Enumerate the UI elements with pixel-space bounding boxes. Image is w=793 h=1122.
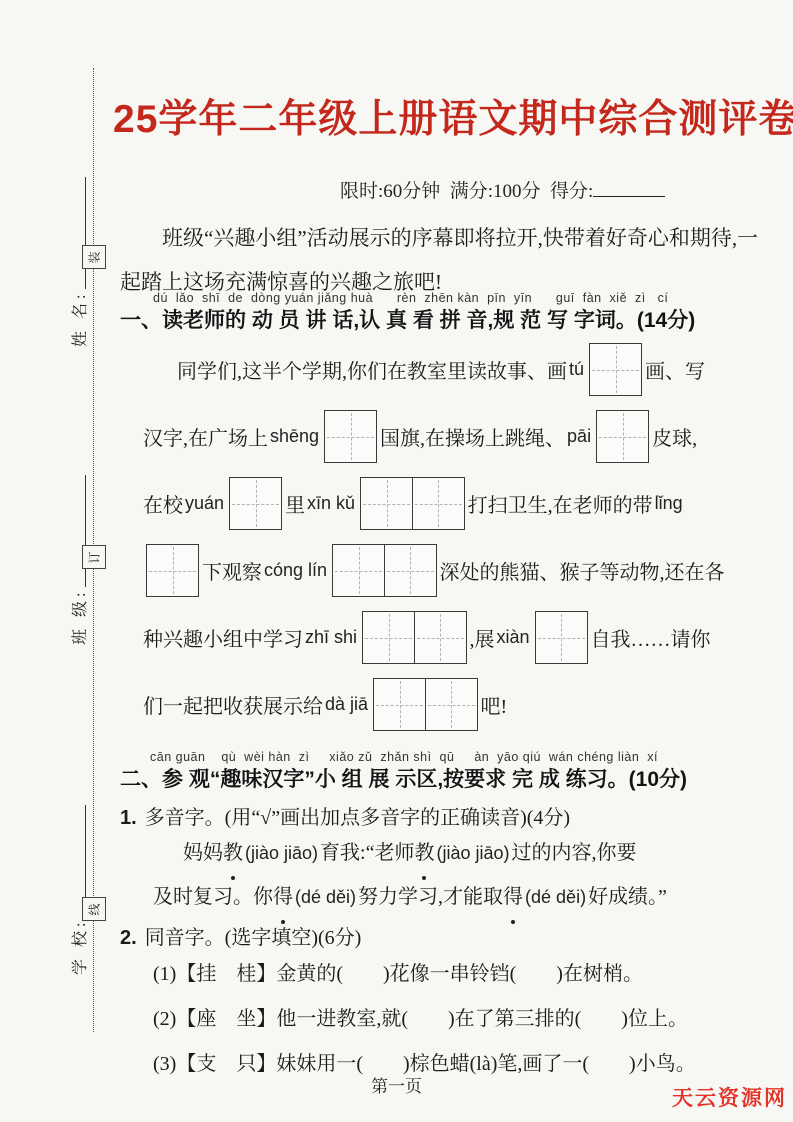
binding-mark-label: 订 (85, 551, 102, 563)
binding-mark-ding: 订 (82, 545, 106, 569)
fill-in-line-3: 在校yuán里xīn kǔ打扫卫生,在老师的带lǐng (143, 470, 775, 537)
emphasized-char: 教 (414, 831, 434, 875)
writing-grid-cell[interactable] (324, 410, 377, 463)
pinyin-text: lǐng (655, 493, 683, 514)
body-text: ,展 (470, 623, 495, 652)
writing-grid-cell[interactable] (229, 477, 282, 530)
writing-grid-pair (373, 678, 478, 731)
sound-alike-item-2: (2)【座 坐】他一进教室,就( )在了第三排的( )位上。 (153, 1002, 688, 1031)
name-field-label: 姓 名: (67, 291, 90, 347)
section2-title: 二、参 观“趣味汉字”小 组 展 示区,按要求 完 成 练习。(10分) (120, 763, 687, 793)
writing-grid-cell[interactable] (360, 477, 413, 530)
body-text: 在校 (143, 489, 183, 518)
section1-pinyin: dú lǎo shī de dòng yuán jiǎng huà rèn zh… (153, 291, 668, 305)
pinyin-text: pāi (567, 426, 591, 447)
item1-line-1: 妈妈教(jiào jiāo)育我:“老师教(jiào jiāo)过的内容,你要 (153, 842, 637, 864)
item1-passage: 妈妈教(jiào jiāo)育我:“老师教(jiào jiāo)过的内容,你要 … (153, 831, 778, 919)
emphasized-char: 得 (503, 875, 523, 919)
class-field-blank[interactable] (71, 475, 86, 587)
fill-in-line-5: 种兴趣小组中学习zhī shi,展xiàn自我……请你 (143, 604, 775, 671)
class-field-label: 班 级: (67, 589, 90, 645)
pinyin-text: (jiào jiāo) (245, 843, 318, 863)
pinyin-text: dà jiā (325, 694, 368, 715)
body-text: 妈妈 (183, 842, 223, 864)
section1-fill-area: 同学们,这半个学期,你们在教室里读故事、画tú画、写 汉字,在广场上shēng国… (143, 336, 775, 738)
item2-number: 2. (120, 927, 137, 949)
body-text: 种兴趣小组中学习 (143, 623, 303, 652)
pinyin-text: (dé děi) (295, 887, 356, 907)
body-text: 过的内容,你要 (512, 842, 637, 864)
writing-grid-pair (332, 544, 437, 597)
section1-title: 一、读老师的 动 员 讲 话,认 真 看 拼 音,规 范 写 字词。(14分) (120, 304, 695, 334)
body-text: 深处的熊猫、猴子等动物,还在各 (440, 556, 725, 585)
writing-grid-pair (362, 611, 467, 664)
pinyin-text: (jiào jiāo) (436, 843, 509, 863)
section2-pinyin: cān guān qù wèi hàn zì xiǎo zǔ zhǎn shì … (150, 750, 658, 764)
writing-grid-cell[interactable] (362, 611, 415, 664)
writing-grid-cell[interactable] (425, 678, 478, 731)
writing-grid-cell[interactable] (332, 544, 385, 597)
body-text: 皮球, (652, 422, 697, 451)
fill-in-line-1: 同学们,这半个学期,你们在教室里读故事、画tú画、写 (143, 336, 775, 403)
writing-grid-cell[interactable] (384, 544, 437, 597)
score-line-text: 限时:60分钟 满分:100分 得分: (340, 181, 593, 202)
body-text: 自我……请你 (591, 623, 711, 652)
binding-mark-xian: 线 (82, 897, 106, 921)
binding-mark-zhuang: 装 (82, 245, 106, 269)
pinyin-text: zhī shi (305, 627, 357, 648)
score-line: 限时:60分钟 满分:100分 得分: (340, 176, 665, 203)
watermark: 天云资源网 (672, 1082, 787, 1112)
pinyin-text: cóng lín (264, 560, 327, 581)
body-text: 们一起把收获展示给 (143, 690, 323, 719)
pinyin-text: shēng (270, 426, 319, 447)
emphasized-char: 得 (273, 875, 293, 919)
writing-grid-cell[interactable] (414, 611, 467, 664)
body-text: 打扫卫生,在老师的带 (468, 489, 653, 518)
writing-grid-pair (360, 477, 465, 530)
item2-heading: 2.同音字。(选字填空)(6分) (120, 921, 361, 950)
exam-paper-page: 装 订 线 姓 名: 班 级: 学 校: 25学年二年级上册语文期中综合测评卷 … (0, 0, 793, 1122)
binding-mark-label: 线 (85, 903, 102, 915)
binding-mark-label: 装 (85, 251, 102, 263)
pinyin-text: yuán (185, 493, 224, 514)
item1-number: 1. (120, 807, 137, 829)
body-text: 努力学习,才能取 (358, 886, 503, 908)
fill-in-line-6: 们一起把收获展示给dà jiā吧! (143, 671, 775, 738)
item1-line-2: 及时复习。你得(dé děi)努力学习,才能取得(dé děi)好成绩。” (153, 886, 667, 908)
body-text: 吧! (481, 690, 508, 719)
pinyin-text: xiàn (497, 627, 530, 648)
paper-title: 25学年二年级上册语文期中综合测评卷 (113, 88, 763, 144)
writing-grid-cell[interactable] (412, 477, 465, 530)
fill-in-line-4: 下观察cóng lín深处的熊猫、猴子等动物,还在各 (143, 537, 775, 604)
item1-heading: 1.多音字。(用“√”画出加点多音字的正确读音)(4分) (120, 801, 570, 830)
body-text: 国旗,在操场上跳绳、 (380, 422, 565, 451)
school-field: 学 校: (66, 775, 90, 975)
writing-grid-cell[interactable] (589, 343, 642, 396)
writing-grid-cell[interactable] (146, 544, 199, 597)
body-text: 育我:“老师 (320, 842, 414, 864)
body-text: 同学们,这半个学期,你们在教室里读故事、画 (177, 355, 567, 384)
body-text: 下观察 (202, 556, 262, 585)
emphasized-char: 教 (223, 831, 243, 875)
writing-grid-cell[interactable] (596, 410, 649, 463)
writing-grid-cell[interactable] (373, 678, 426, 731)
sound-alike-item-1: (1)【挂 桂】金黄的( )花像一串铃铛( )在树梢。 (153, 957, 643, 986)
body-text: 画、写 (645, 355, 705, 384)
fill-in-line-2: 汉字,在广场上shēng国旗,在操场上跳绳、pāi皮球, (143, 403, 775, 470)
writing-grid-cell[interactable] (535, 611, 588, 664)
pinyin-text: xīn kǔ (307, 493, 355, 514)
body-text: 好成绩。” (588, 886, 667, 908)
score-blank[interactable] (593, 181, 665, 197)
item1-title: 多音字。(用“√”画出加点多音字的正确读音)(4分) (145, 807, 570, 829)
item2-title: 同音字。(选字填空)(6分) (145, 927, 362, 949)
pinyin-text: tú (569, 359, 584, 380)
name-field-blank[interactable] (71, 177, 86, 289)
body-text: 里 (285, 489, 305, 518)
body-text: 及时复习。你 (153, 886, 273, 908)
body-text: 汉字,在广场上 (143, 422, 268, 451)
pinyin-text: (dé děi) (525, 887, 586, 907)
school-field-label: 学 校: (67, 919, 90, 975)
